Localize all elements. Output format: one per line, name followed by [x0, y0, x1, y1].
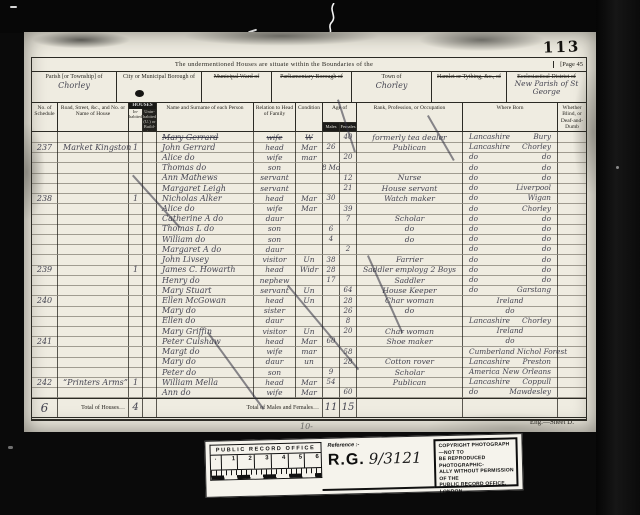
header-field: Town ofChorley: [352, 72, 432, 102]
margin-note: 6: [41, 401, 49, 415]
table-row: 2391James C. HowarthheadWidr28Saddler em…: [32, 265, 586, 275]
cell-name: Ann do: [157, 387, 254, 398]
cell-born: do Mawdesley: [463, 387, 558, 398]
col-born: Where Born: [463, 103, 558, 131]
table-row: Peter doson9ScholarAmerica New Orleans: [32, 367, 586, 377]
table-row: Ann Mathewsservant12Nursedo do: [32, 173, 586, 183]
table-row: 242“Printers Arms”1William MellaheadMar5…: [32, 377, 586, 387]
table-row: William doson4dodo do: [32, 234, 586, 244]
table-row: 240Ellen McGowanheadUn28Char womanIrelan…: [32, 296, 586, 306]
table-row: Mary GriffinvisitorUn20Char womanIreland: [32, 326, 586, 336]
total-mf-label: Total of Males and Females…: [157, 399, 323, 417]
sheet-label: Eng.—Sheet D.: [530, 418, 574, 426]
pro-reference-strip: PUBLIC RECORD OFFICE . 123456 Reference …: [204, 433, 523, 498]
col-age-males: Males: [323, 123, 340, 131]
cell-cond: W: [296, 132, 323, 143]
total-females-value: 15: [342, 402, 355, 413]
header-field: Parliamentary Borough of: [272, 72, 352, 102]
header-field: Parish [or Township] ofChorley: [32, 72, 117, 102]
header-field-value: New Parish of St George: [507, 80, 586, 96]
header-field: Municipal Ward of: [202, 72, 272, 102]
table-row: Catherine A dodaur7Scholardo do: [32, 214, 586, 224]
ruler-number: 2: [238, 455, 255, 469]
census-page: 113 The undermentioned Houses are situat…: [24, 32, 596, 432]
table-row: Thomas L doson6dodo do: [32, 224, 586, 234]
film-edge-top: [0, 0, 640, 33]
pencil-note: 10-: [300, 422, 313, 431]
cell-occ: [357, 387, 463, 398]
header-field-value: Chorley: [352, 81, 431, 90]
cell-infirm: [558, 387, 586, 398]
col-relation: Relation to Head of Family: [254, 103, 296, 131]
pro-ruler: PUBLIC RECORD OFFICE . 123456: [209, 442, 322, 494]
page-number-stamp: 113: [542, 37, 580, 56]
totals-row: 6 Total of Houses… 4 Total of Males and …: [32, 398, 586, 420]
col-houses-uninhabited: Unin-habited (U.) or Build-ing (B.): [143, 109, 156, 131]
total-males-value: 11: [325, 402, 338, 413]
cell-inh: [129, 387, 143, 398]
table-row: Thomas doson8 Modo do: [32, 163, 586, 173]
total-houses-value: 4: [132, 402, 138, 413]
film-speck: [10, 6, 17, 8]
page-label: [Page 45: [553, 61, 583, 68]
ruler-number: 5: [288, 453, 305, 467]
table-row: Alice dowifemar20do do: [32, 152, 586, 162]
ink-blot: [135, 90, 144, 97]
table-row: Margaret Leighservant21House servantdo L…: [32, 183, 586, 193]
table-row: 237Market Kingston1John GerrardheadMar26…: [32, 142, 586, 152]
cell-unh: [143, 387, 157, 398]
cell-name: Mary Gerrard: [157, 132, 254, 143]
header-field: City or Municipal Borough of: [117, 72, 202, 102]
ruler-origin: .: [211, 455, 222, 469]
table-row: Mary dodaurun28Cotton roverLancashire Pr…: [32, 357, 586, 367]
col-occupation: Rank, Profession, or Occupation: [357, 103, 463, 131]
table-row: Mary StuartservantUn64House Keeperdo Gar…: [32, 285, 586, 295]
film-edge-right: [596, 0, 640, 515]
film-speck: [8, 446, 13, 449]
ruler-number: 3: [255, 454, 272, 468]
cell-agem: [323, 387, 340, 398]
reference-label: Reference :-: [327, 440, 431, 449]
cell-sched: [32, 387, 58, 398]
table-row: 241Peter CulshawheadMar60Shoe makerdo: [32, 336, 586, 346]
col-houses: HOUSES In-habited Unin-habited (U.) or B…: [129, 103, 157, 131]
boundary-text: The undermentioned Houses are situate wi…: [32, 61, 516, 68]
film-speck: [616, 166, 619, 169]
reference-number: 9/3121: [369, 449, 422, 468]
header-field: Hamlet or Tything, &c., of: [432, 72, 507, 102]
header-field: Ecclesiastical District ofNew Parish of …: [507, 72, 586, 102]
boundary-row: The undermentioned Houses are situate wi…: [32, 58, 586, 72]
table-row: 2381Nicholas AlkerheadMar30Watch makerdo…: [32, 193, 586, 203]
table-row: Henry donephew17Saddlerdo do: [32, 275, 586, 285]
copyright-line: PUBLIC RECORD OFFICE, LONDON: [439, 480, 514, 495]
census-rows: Mary GerrardwifeW40formerly tea dealerLa…: [32, 132, 586, 398]
header-fields: Parish [or Township] ofChorleyCity or Mu…: [32, 72, 586, 103]
table-row: Ann dowifeMar60do Mawdesley: [32, 387, 586, 397]
cell-agef: 60: [340, 387, 357, 398]
col-street: Road, Street, &c., and No. or Name of Ho…: [58, 103, 129, 131]
census-form: The undermentioned Houses are situate wi…: [31, 57, 587, 421]
cell-rel: wife: [254, 132, 296, 143]
col-name: Name and Surname of each Person: [157, 103, 254, 131]
col-houses-inhabited: In-habited: [129, 109, 143, 131]
table-row: Margaret A dodaur2do do: [32, 244, 586, 254]
table-row: John LivseyvisitorUn38Farrierdo do: [32, 255, 586, 265]
cell-cond: Mar: [296, 387, 323, 398]
cell-street: [58, 387, 129, 398]
table-row: Mary GerrardwifeW40formerly tea dealerLa…: [32, 132, 586, 142]
col-schedule: No. of Schedule: [32, 103, 58, 131]
ruler-number: 4: [272, 454, 289, 468]
ruler-number: 1: [221, 455, 238, 469]
column-headers: No. of Schedule Road, Street, &c., and N…: [32, 103, 586, 132]
table-row: Margt dowifemar58Cumberland Nichol Fores…: [32, 347, 586, 357]
header-field-value: Chorley: [32, 81, 116, 90]
table-row: Ellen dodaur8Lancashire Chorley: [32, 316, 586, 326]
col-condition: Condition: [296, 103, 323, 131]
reference-prefix: R.G.: [328, 451, 365, 470]
ruler-number: 6: [305, 453, 321, 467]
cell-rel: wife: [254, 387, 296, 398]
table-row: Alice dowifeMar39do Chorley: [32, 204, 586, 214]
col-infirm: Whether Blind, or Deaf-and-Dumb: [558, 103, 586, 131]
total-houses-label: Total of Houses…: [58, 399, 129, 417]
pro-reference: Reference :- R.G. 9/3121: [321, 439, 434, 491]
ruler-ticks: [210, 468, 322, 481]
microfilm-frame: 113 The undermentioned Houses are situat…: [0, 0, 640, 515]
copyright-box: COPYRIGHT PHOTOGRAPH—NOT TOBE REPRODUCED…: [433, 437, 518, 488]
